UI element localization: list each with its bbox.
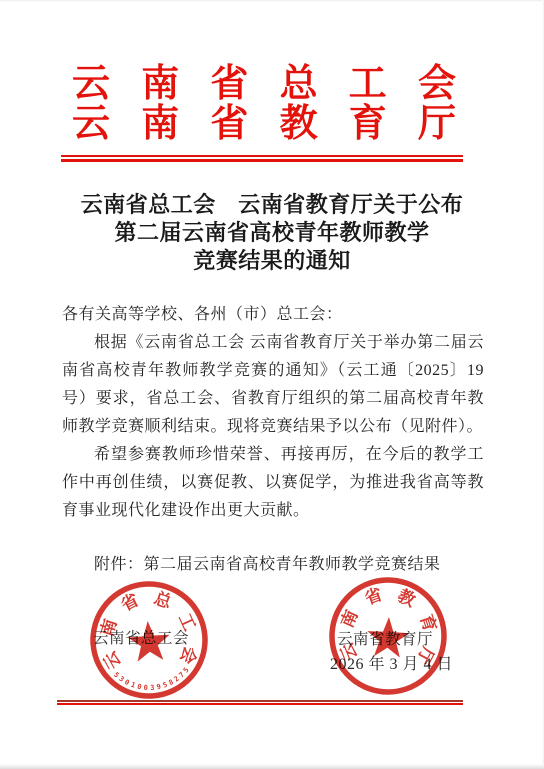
svg-text:3: 3 bbox=[150, 684, 155, 692]
letterhead-org-1: 云南省总工会 bbox=[72, 64, 456, 104]
svg-text:云: 云 bbox=[337, 640, 361, 663]
official-seal-left: 云南省总工会5301003958275 bbox=[84, 575, 214, 705]
title-line-2: 第二届云南省高校青年教师教学 bbox=[0, 219, 544, 247]
page-top-edge bbox=[0, 0, 544, 2]
svg-text:5: 5 bbox=[182, 666, 191, 674]
svg-text:1: 1 bbox=[130, 681, 137, 690]
letterhead: 云南省总工会 云南省教育厅 bbox=[72, 64, 456, 144]
svg-text:0: 0 bbox=[143, 684, 148, 692]
salutation: 各有关高等学校、各州（市）总工会： bbox=[62, 301, 484, 329]
svg-text:南: 南 bbox=[96, 617, 120, 639]
svg-text:育: 育 bbox=[416, 612, 440, 634]
title-line-3: 竞赛结果的通知 bbox=[0, 247, 544, 275]
body-paragraph-1: 根据《云南省总工会 云南省教育厅关于举办第二届云南省高校青年教师教学竞赛的通知》… bbox=[62, 329, 484, 441]
document-title: 云南省总工会 云南省教育厅关于公布 第二届云南省高校青年教师教学 竞赛结果的通知 bbox=[0, 191, 544, 275]
official-seal-right: 云南省教育厅 bbox=[324, 572, 452, 700]
page-bottom-edge bbox=[0, 764, 544, 769]
letterhead-divider-rule bbox=[61, 155, 463, 162]
title-line-1: 云南省总工会 云南省教育厅关于公布 bbox=[0, 191, 544, 219]
body-paragraph-2: 希望参赛教师珍惜荣誉、再接再厉，在今后的教学工作中再创佳绩，以赛促教、以赛促学，… bbox=[62, 441, 484, 525]
letterhead-org-2: 云南省教育厅 bbox=[72, 104, 456, 144]
svg-text:0: 0 bbox=[136, 683, 142, 692]
document-body: 各有关高等学校、各州（市）总工会： 根据《云南省总工会 云南省教育厅关于举办第二… bbox=[62, 301, 484, 579]
attachment-line: 附件：第二届云南省高校青年教师教学竞赛结果 bbox=[62, 551, 484, 579]
svg-text:9: 9 bbox=[156, 683, 162, 692]
rule-thick-line bbox=[61, 159, 463, 162]
